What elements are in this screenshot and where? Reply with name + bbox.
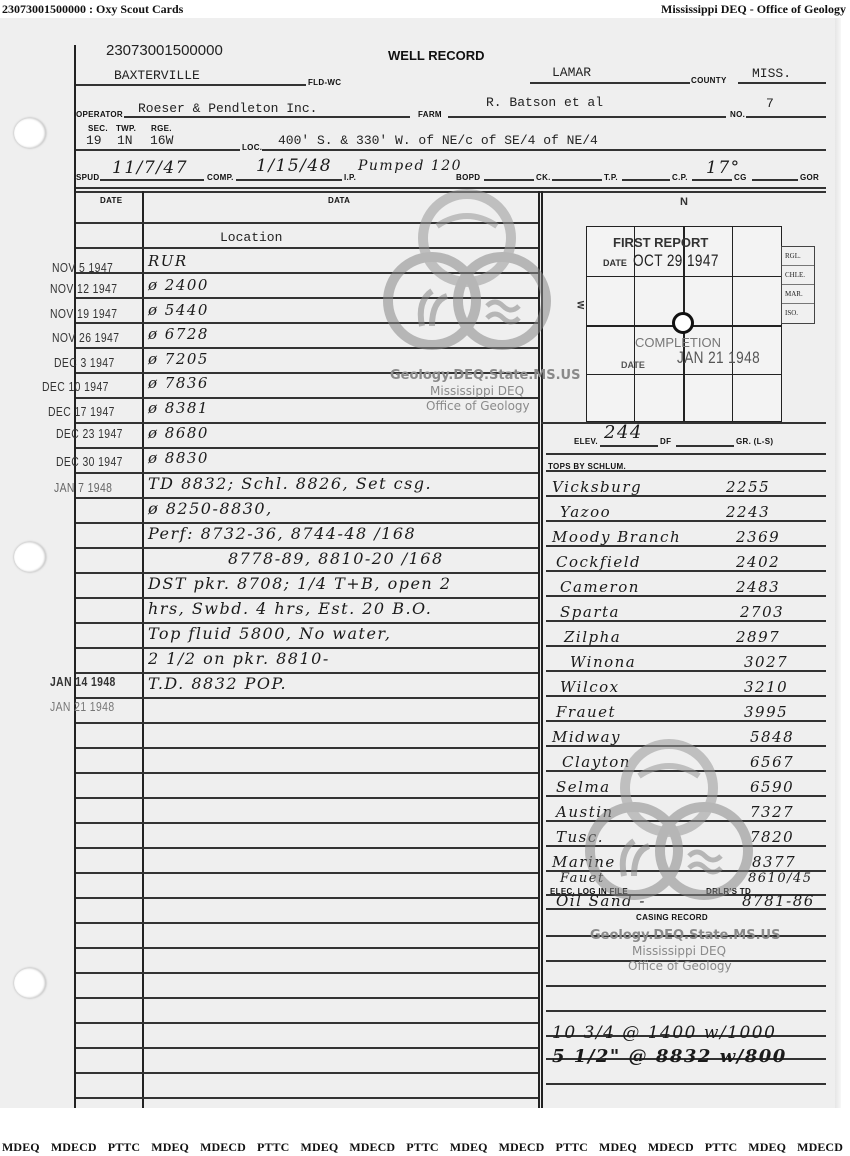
state-value: MISS. [752, 66, 791, 81]
log-data: ø 8250-8830, [148, 499, 273, 518]
log-data: ø 5440 [148, 301, 209, 319]
log-data: ø 8680 [148, 424, 209, 442]
operator-value: Roeser & Pendleton Inc. [138, 101, 317, 116]
casing-item: 5 1/2" @ 8832 w/800 [552, 1046, 787, 1067]
form-title: WELL RECORD [388, 48, 485, 63]
log-data: TD 8832; Schl. 8826, Set csg. [148, 474, 432, 493]
header-bar: 23073001500000 : Oxy Scout Cards Mississ… [0, 0, 850, 18]
compass-west: W [575, 301, 585, 310]
record-title: 23073001500000 : Oxy Scout Cards [2, 2, 183, 17]
casing-item: 10 3/4 @ 1400 w/1000 [552, 1023, 776, 1043]
log-data: ø 8830 [148, 449, 209, 467]
rge-value: 16W [150, 133, 173, 148]
top-name: Frauet [556, 703, 616, 721]
log-data: 2 1/2 on pkr. 8810- [148, 649, 330, 668]
log-data: Perf: 8732-36, 8744-48 /168 [148, 524, 416, 543]
top-depth: 2483 [736, 578, 780, 596]
log-date: NOV 5 1947 [52, 260, 113, 275]
top-depth: 2703 [740, 603, 784, 621]
data-column-header: DATA [328, 196, 350, 205]
field-value: BAXTERVILLE [114, 68, 200, 83]
section-plat: FIRST REPORT DATE OCT 29 1947 COMPLETION… [586, 226, 782, 422]
watermark-url: Geology.DEQ.State.MS.US [590, 928, 780, 943]
log-date: DEC 17 1947 [48, 404, 115, 419]
rge-label: RGE. [151, 124, 172, 133]
top-name: Sparta [560, 603, 620, 621]
top-depth: 8610/45 [748, 871, 813, 886]
mdeq-logo-watermark-icon [584, 736, 754, 916]
date-column-header: DATE [100, 196, 122, 205]
farm-label: FARM [418, 110, 442, 119]
top-depth: 2255 [726, 478, 770, 496]
df-label: DF [660, 437, 671, 446]
log-date: JAN 14 1948 [50, 674, 116, 689]
top-depth: 7327 [750, 803, 794, 821]
cg-label: CG [734, 173, 747, 182]
ip-label: I.P. [344, 173, 356, 182]
top-depth: 7820 [750, 828, 794, 846]
top-depth: 5848 [750, 728, 794, 746]
punch-hole-icon [14, 968, 46, 998]
spud-label: SPUD [76, 173, 99, 182]
log-data: RUR [148, 252, 188, 270]
watermark-office: Office of Geology [628, 959, 732, 973]
elev-value: 244 [604, 422, 643, 443]
watermark-org: Mississippi DEQ [430, 384, 524, 398]
gor-label: GOR [800, 173, 819, 182]
comp-value: 1/15/48 [256, 156, 332, 176]
log-date: NOV 26 1947 [52, 330, 119, 345]
comp-label: COMP. [207, 173, 234, 182]
twp-value: 1N [117, 133, 133, 148]
watermark-org: Mississippi DEQ [632, 944, 726, 958]
bopd-label: BOPD [456, 173, 480, 182]
top-name: Cameron [560, 578, 640, 596]
sec-label: SEC. [88, 124, 108, 133]
operator-label: OPERATOR [76, 110, 123, 119]
top-name: Zilpha [564, 628, 621, 646]
left-border [74, 45, 76, 1108]
well-record-card: 23073001500000 WELL RECORD BAXTERVILLE F… [0, 18, 841, 1108]
log-data: ø 7836 [148, 374, 209, 392]
top-depth: 2369 [736, 528, 780, 546]
tp-label: T.P. [604, 173, 618, 182]
log-date: DEC 23 1947 [56, 426, 123, 441]
agency-name: Mississippi DEQ - Office of Geology [661, 2, 846, 17]
watermark-url: Geology.DEQ.State.MS.US [390, 368, 580, 383]
compass-north: N [680, 196, 688, 208]
log-title-location: Location [220, 230, 282, 245]
top-name: Wilcox [560, 678, 620, 696]
footer-banner: MDEQ MDECD PTTC MDEQ MDECD PTTC MDEQ MDE… [0, 1140, 850, 1155]
completion-date: JAN 21 1948 [677, 348, 760, 368]
top-depth: 2897 [736, 628, 780, 646]
ip-value: Pumped 120 [358, 158, 462, 174]
punch-hole-icon [14, 542, 46, 572]
first-report-date: OCT 29 1947 [633, 251, 719, 271]
top-name: Winona [570, 653, 636, 671]
well-no-value: 7 [766, 96, 774, 111]
api-number: 23073001500000 [106, 42, 223, 59]
top-depth: 6590 [750, 778, 794, 796]
log-date: NOV 12 1947 [50, 281, 117, 296]
first-report-label: FIRST REPORT [613, 235, 708, 250]
county-value: LAMAR [552, 65, 591, 80]
routing-box: RGL. CHLE. MAR. ISO. [781, 246, 815, 324]
ck-label: CK. [536, 173, 551, 182]
top-depth: 8377 [752, 853, 796, 871]
top-name: Vicksburg [552, 478, 642, 496]
spud-value: 11/7/47 [112, 158, 188, 178]
log-data: ø 8381 [148, 399, 209, 417]
log-data: DST pkr. 8708; 1/4 T+B, open 2 [148, 574, 452, 593]
log-date: DEC 30 1947 [56, 454, 123, 469]
paper-edge [835, 18, 841, 1108]
log-date: JAN 7 1948 [54, 480, 112, 495]
top-name: Cockfield [556, 553, 641, 571]
log-date: DEC 3 1947 [54, 355, 115, 370]
loc-label: LOC. [242, 143, 262, 152]
watermark-office: Office of Geology [426, 399, 530, 413]
log-data: ø 7205 [148, 350, 209, 368]
well-no-label: NO. [730, 110, 745, 119]
mdeq-logo-watermark-icon [382, 186, 552, 366]
top-depth: 3995 [744, 703, 788, 721]
top-depth: 2243 [726, 503, 770, 521]
cp-label: C.P. [672, 173, 688, 182]
date-column-divider [142, 191, 144, 1108]
log-date: JAN 21 1948 [50, 699, 115, 714]
sec-value: 19 [86, 133, 102, 148]
log-data: ø 2400 [148, 276, 209, 294]
field-label: FLD-WC [308, 78, 341, 87]
punch-hole-icon [14, 118, 46, 148]
elev-label: ELEV. [574, 437, 598, 446]
farm-value: R. Batson et al [486, 95, 603, 110]
top-depth: 2402 [736, 553, 780, 571]
top-depth: 3027 [744, 653, 788, 671]
tops-label: TOPS BY SCHLUM. [548, 462, 626, 471]
log-date: DEC 10 1947 [42, 379, 109, 394]
top-name: Moody Branch [552, 528, 681, 546]
top-depth: 3210 [744, 678, 788, 696]
twp-label: TWP. [116, 124, 136, 133]
log-data: Top fluid 5800, No water, [148, 624, 391, 643]
county-label: COUNTY [691, 76, 727, 85]
log-data: T.D. 8832 POP. [148, 674, 287, 693]
log-data: ø 6728 [148, 325, 209, 343]
gr-label: GR. (L-S) [736, 437, 773, 446]
log-data: hrs, Swbd. 4 hrs, Est. 20 B.O. [148, 599, 432, 618]
top-depth: 6567 [750, 753, 794, 771]
log-data: 8778-89, 8810-20 /168 [228, 549, 444, 568]
well-location-icon [672, 312, 694, 334]
top-name: Yazoo [560, 503, 611, 521]
location-value: 400' S. & 330' W. of NE/c of SE/4 of NE/… [278, 133, 598, 148]
log-date: NOV 19 1947 [50, 306, 117, 321]
